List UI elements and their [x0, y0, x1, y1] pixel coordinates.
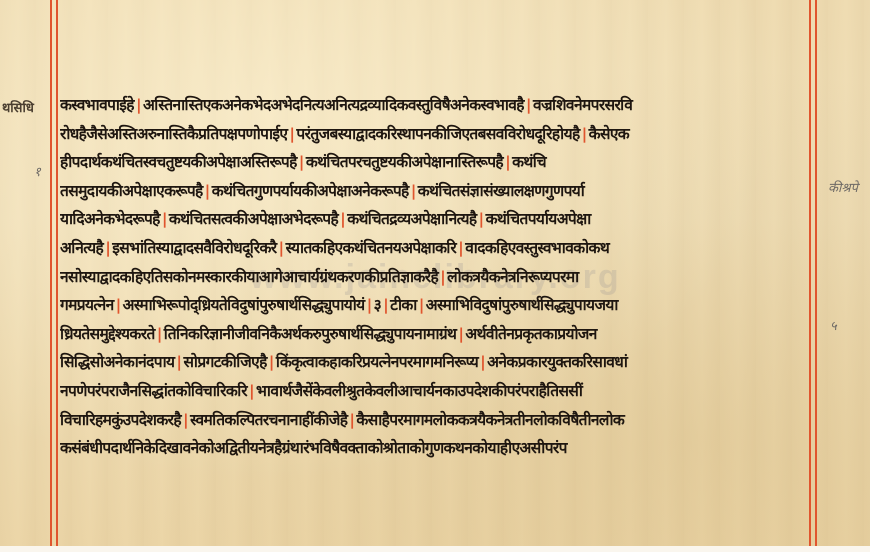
text-segment: सिद्धिसोअनेकानंदपाय	[60, 353, 174, 371]
text-segment: कथंचितसंज्ञासंख्यालक्षणगुणपर्या	[418, 182, 584, 200]
red-danda-mark: |	[456, 239, 465, 257]
text-segment: भावार्थजैसेंकेवलीश्रुतकेवलीआचार्यनकाउपदे…	[256, 382, 582, 400]
right-margin-note: कीश्रपे	[828, 178, 858, 196]
text-segment: वज्रशिवनेमपरसरवि	[533, 96, 632, 114]
text-segment: नपणेपरंपराजैनसिद्धांतकोविचारिकरि	[60, 382, 247, 400]
text-segment: स्वमतिकल्पितरचनानाहींकीजेहै	[190, 411, 347, 429]
text-segment: ३	[374, 296, 381, 314]
red-danda-mark: |	[267, 353, 276, 371]
text-segment: अस्माभिविदुषांपुरुषार्थसिद्ध्युपायजया	[426, 296, 618, 314]
red-danda-mark: |	[477, 210, 486, 228]
red-danda-mark: |	[114, 296, 123, 314]
text-segment: ध्रियतेसमुद्देश्यकरते	[60, 325, 155, 343]
manuscript-line: गमप्रयत्नेन|अस्माभिरूपोद्ध्रियतेविदुषांप…	[60, 291, 808, 320]
red-danda-mark: |	[181, 411, 190, 429]
text-segment: कथंचितगुणपर्यायकीअपेक्षाअनेकरूपहै	[212, 182, 409, 200]
red-danda-mark: |	[160, 210, 169, 228]
text-segment: परंतुजबस्याद्वादकरिस्थापनकीजिएतबसवविरोधद…	[296, 125, 579, 143]
manuscript-line: अनित्यहै|इसभांतिस्याद्वादसवैविरोधदूरिकरै…	[60, 234, 808, 263]
red-danda-mark: |	[417, 296, 426, 314]
text-segment: कथंचितपर्यायअपेक्षा	[486, 210, 591, 228]
left-border-rule-inner	[56, 0, 58, 546]
left-margin-folio-number: १	[34, 162, 41, 180]
red-danda-mark: |	[247, 382, 256, 400]
text-segment: यादिअनेकभेदरूपहै	[60, 210, 160, 228]
red-danda-mark: |	[524, 96, 533, 114]
right-border-rule-outer	[815, 0, 817, 546]
red-danda-mark: |	[203, 182, 212, 200]
left-margin-heading: थसिधि	[2, 98, 34, 116]
red-danda-mark: |	[478, 353, 487, 371]
red-danda-mark: |	[365, 296, 374, 314]
text-segment: स्यातकहिएकथंचितनयअपेक्षाकरि	[286, 239, 457, 257]
scan-bottom-edge	[0, 546, 870, 552]
manuscript-line: विचारिहमकुंउपदेशकरहै|स्वमतिकल्पितरचनानाह…	[60, 406, 808, 435]
manuscript-text: कस्वभावपाईहे|अस्तिनास्तिएकअनेकभेदअभेदनित…	[60, 91, 808, 463]
text-segment: अस्तिनास्तिएकअनेकभेदअभेदनित्यअनित्यद्रव्…	[143, 96, 524, 114]
left-border-rule-outer	[50, 0, 52, 546]
text-segment: अर्थवीतेनप्रकृतकाप्रयोजन	[465, 325, 596, 343]
text-segment: अस्माभिरूपोद्ध्रियतेविदुषांपुरुषार्थसिद्…	[123, 296, 365, 314]
manuscript-line: ध्रियतेसमुद्देश्यकरते|तिनिकरिज्ञानीजीवनि…	[60, 320, 808, 349]
manuscript-folio: थसिधि १ कीश्रपे ५ www.jainelibrary.org क…	[0, 0, 870, 546]
text-segment: वादकहिएवस्तुस्वभावकोकथ	[465, 239, 609, 257]
text-segment: तसमुदायकीअपेक्षाएकरूपहै	[60, 182, 203, 200]
text-segment: अनेकप्रकारयुक्तकरिसावधां	[487, 353, 627, 371]
manuscript-line: रोधहैजैसेअस्तिअरुनास्तिकैप्रतिपक्षपणोपाई…	[60, 120, 808, 149]
text-segment: हीपदार्थकथंचितस्वचतुष्टयकीअपेक्षाअस्तिरू…	[60, 153, 297, 171]
text-segment: नसोस्याद्वादकहिएतिसकोनमस्कारकीयाआगेआचार्…	[60, 268, 438, 286]
text-segment: किंकृत्वाकहाकरिप्रयत्नेनपरमागमनिरूप्य	[276, 353, 478, 371]
manuscript-line: कसंबंधीपदार्थनिकेदिखावनेकोअद्वितीयनेत्रह…	[60, 434, 808, 463]
text-segment: कथंचि	[512, 153, 546, 171]
red-danda-mark: |	[338, 210, 347, 228]
text-segment: कसंबंधीपदार्थनिकेदिखावनेकोअद्वितीयनेत्रह…	[60, 439, 567, 457]
text-segment: अनित्यहै	[60, 239, 103, 257]
red-danda-mark: |	[438, 268, 447, 286]
red-danda-mark: |	[103, 239, 112, 257]
text-segment: तिनिकरिज्ञानीजीवनिकैअर्थकरुपुरुषार्थसिद्…	[164, 325, 457, 343]
text-segment: गमप्रयत्नेन	[60, 296, 114, 314]
text-segment: रोधहैजैसेअस्तिअरुनास्तिकैप्रतिपक्षपणोपाई…	[60, 125, 287, 143]
text-segment: कस्वभावपाईहे	[60, 96, 134, 114]
manuscript-line: नपणेपरंपराजैनसिद्धांतकोविचारिकरि|भावार्थ…	[60, 377, 808, 406]
text-segment: इसभांतिस्याद्वादसवैविरोधदूरिकरै	[112, 239, 276, 257]
red-danda-mark: |	[134, 96, 143, 114]
red-danda-mark: |	[409, 182, 418, 200]
text-segment: सोप्रगटकीजिएहै	[183, 353, 266, 371]
text-segment: टीका	[390, 296, 417, 314]
manuscript-line: कस्वभावपाईहे|अस्तिनास्तिएकअनेकभेदअभेदनित…	[60, 91, 808, 120]
text-segment: कथंचितसत्वकीअपेक्षाअभेदरूपहै	[169, 210, 338, 228]
manuscript-line: तसमुदायकीअपेक्षाएकरूपहै|कथंचितगुणपर्यायक…	[60, 177, 808, 206]
manuscript-line: हीपदार्थकथंचितस्वचतुष्टयकीअपेक्षाअस्तिरू…	[60, 148, 808, 177]
red-danda-mark: |	[155, 325, 164, 343]
right-border-rule-inner	[809, 0, 811, 546]
manuscript-line: नसोस्याद्वादकहिएतिसकोनमस्कारकीयाआगेआचार्…	[60, 263, 808, 292]
red-danda-mark: |	[381, 296, 390, 314]
manuscript-line: सिद्धिसोअनेकानंदपाय|सोप्रगटकीजिएहै|किंकृ…	[60, 348, 808, 377]
red-danda-mark: |	[580, 125, 589, 143]
text-segment: कथंचितद्रव्यअपेक्षानित्यहै	[347, 210, 476, 228]
text-segment: कैसेएक	[589, 125, 629, 143]
text-segment: लोकत्रयैकनेत्रनिरूप्यपरमा	[447, 268, 578, 286]
red-danda-mark: |	[297, 153, 306, 171]
red-danda-mark: |	[277, 239, 286, 257]
text-segment: विचारिहमकुंउपदेशकरहै	[60, 411, 181, 429]
manuscript-line: यादिअनेकभेदरूपहै|कथंचितसत्वकीअपेक्षाअभेद…	[60, 205, 808, 234]
right-margin-folio-number: ५	[830, 316, 837, 334]
text-segment: कथंचितपरचतुष्टयकीअपेक्षानास्तिरूपहै	[306, 153, 503, 171]
red-danda-mark: |	[503, 153, 512, 171]
text-segment: कैसाहैपरमागमलोककत्रयैकनेत्रतीनलोकविषैतीन…	[356, 411, 624, 429]
